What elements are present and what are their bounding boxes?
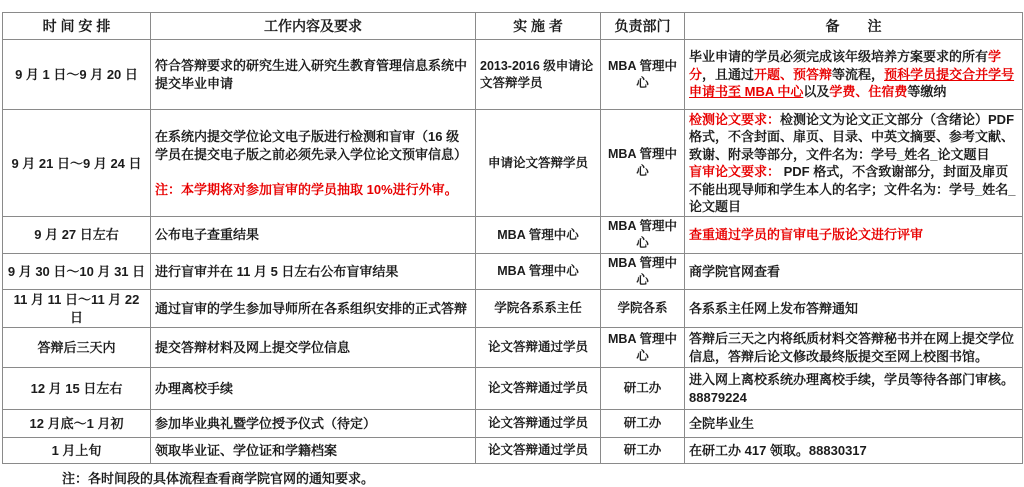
cell-time: 9 月 27 日左右 — [3, 217, 151, 254]
document-page: 时 间 安 排工作内容及要求实 施 者负责部门备 注 9 月 1 日～9 月 2… — [2, 12, 1022, 487]
cell-content: 通过盲审的学生参加导师所在各系组织安排的正式答辩 — [151, 290, 476, 328]
cell-implementer: MBA 管理中心 — [476, 253, 601, 290]
paragraph: 进入网上离校系统办理离校手续，学员等待各部门审核。 — [689, 371, 1018, 388]
column-header-time: 时 间 安 排 — [3, 13, 151, 40]
cell-time: 答辩后三天内 — [3, 328, 151, 368]
cell-implementer: 申请论文答辩学员 — [476, 110, 601, 217]
column-header-implementer: 实 施 者 — [476, 13, 601, 40]
table-row: 9 月 21 日～9 月 24 日在系统内提交学位论文电子版进行检测和盲审（16… — [3, 110, 1023, 217]
cell-time: 12 月 15 日左右 — [3, 368, 151, 410]
table-row: 12 月底～1 月初参加毕业典礼暨学位授予仪式（待定）论文答辩通过学员研工办全院… — [3, 410, 1023, 438]
column-header-remark: 备 注 — [685, 13, 1023, 40]
paragraph: 毕业申请的学员必须完成该年级培养方案要求的所有学分，且通过开题、预答辩等流程，预… — [689, 48, 1018, 100]
text-segment: 等缴纳 — [907, 84, 946, 99]
text-segment: 等流程， — [832, 67, 884, 82]
cell-department: 学院各系 — [601, 290, 685, 328]
cell-implementer: 论文答辩通过学员 — [476, 410, 601, 438]
cell-content: 领取毕业证、学位证和学籍档案 — [151, 438, 476, 464]
text-segment: ，且通过 — [702, 67, 754, 82]
cell-remark: 答辩后三天之内将纸质材料交答辩秘书并在网上提交学位信息，答辩后论文修改最终版提交… — [685, 328, 1023, 368]
cell-remark: 检测论文要求：检测论文为论文正文部分（含绪论）PDF 格式，不含封面、扉页、目录… — [685, 110, 1023, 217]
cell-content: 符合答辩要求的研究生进入研究生教育管理信息系统中提交毕业申请 — [151, 40, 476, 110]
cell-time: 1 月上旬 — [3, 438, 151, 464]
paragraph: 查重通过学员的盲审电子版论文进行评审 — [689, 226, 1018, 243]
table-row: 9 月 27 日左右公布电子查重结果MBA 管理中心MBA 管理中心查重通过学员… — [3, 217, 1023, 254]
cell-content: 进行盲审并在 11 月 5 日左右公布盲审结果 — [151, 253, 476, 290]
cell-time: 12 月底～1 月初 — [3, 410, 151, 438]
cell-department: 研工办 — [601, 368, 685, 410]
cell-remark: 商学院官网查看 — [685, 253, 1023, 290]
highlighted-text: 开题、预答辩 — [754, 67, 832, 82]
cell-content: 办理离校手续 — [151, 368, 476, 410]
cell-time: 9 月 30 日～10 月 31 日 — [3, 253, 151, 290]
text-segment: 进入网上离校系统办理离校手续，学员等待各部门审核。 — [689, 372, 1014, 387]
highlighted-text: 查重通过学员的盲审电子版论文进行评审 — [689, 227, 923, 242]
cell-implementer: 学院各系系主任 — [476, 290, 601, 328]
text-segment: 88879224 — [689, 390, 747, 405]
cell-remark: 在研工办 417 领取。88830317 — [685, 438, 1023, 464]
table-row: 1 月上旬领取毕业证、学位证和学籍档案论文答辩通过学员研工办在研工办 417 领… — [3, 438, 1023, 464]
footer-note: 注：各时间段的具体流程查看商学院官网的通知要求。 — [62, 468, 1022, 487]
text-segment: 在系统内提交学位论文电子版进行检测和盲审（16 级学员在提交电子版之前必须先录入… — [155, 129, 467, 161]
paragraph: 检测论文要求：检测论文为论文正文部分（含绪论）PDF 格式，不含封面、扉页、目录… — [689, 111, 1018, 163]
cell-implementer: MBA 管理中心 — [476, 217, 601, 254]
highlighted-text: 学费、住宿费 — [829, 84, 907, 99]
cell-content: 参加毕业典礼暨学位授予仪式（待定） — [151, 410, 476, 438]
cell-implementer: 论文答辩通过学员 — [476, 368, 601, 410]
table-header: 时 间 安 排工作内容及要求实 施 者负责部门备 注 — [3, 13, 1023, 40]
cell-content: 在系统内提交学位论文电子版进行检测和盲审（16 级学员在提交电子版之前必须先录入… — [151, 110, 476, 217]
schedule-table-body: 9 月 1 日～9 月 20 日符合答辩要求的研究生进入研究生教育管理信息系统中… — [3, 40, 1023, 464]
cell-implementer: 2013-2016 级申请论文答辩学员 — [476, 40, 601, 110]
paragraph: 注：本学期将对参加盲审的学员抽取 10%进行外审。 — [155, 181, 471, 198]
table-row: 9 月 30 日～10 月 31 日进行盲审并在 11 月 5 日左右公布盲审结… — [3, 253, 1023, 290]
text-segment: 以及 — [803, 84, 829, 99]
text-segment: 毕业申请的学员必须完成该年级培养方案要求的所有 — [689, 49, 988, 64]
cell-remark: 各系系主任网上发布答辩通知 — [685, 290, 1023, 328]
cell-department: MBA 管理中心 — [601, 328, 685, 368]
cell-remark: 全院毕业生 — [685, 410, 1023, 438]
cell-time: 9 月 21 日～9 月 24 日 — [3, 110, 151, 217]
schedule-table: 时 间 安 排工作内容及要求实 施 者负责部门备 注 9 月 1 日～9 月 2… — [2, 12, 1023, 464]
cell-department: MBA 管理中心 — [601, 40, 685, 110]
cell-time: 11 月 11 日～11 月 22 日 — [3, 290, 151, 328]
cell-remark: 毕业申请的学员必须完成该年级培养方案要求的所有学分，且通过开题、预答辩等流程，预… — [685, 40, 1023, 110]
highlighted-text: 检测论文要求： — [689, 112, 780, 127]
cell-implementer: 论文答辩通过学员 — [476, 438, 601, 464]
header-row: 时 间 安 排工作内容及要求实 施 者负责部门备 注 — [3, 13, 1023, 40]
column-header-department: 负责部门 — [601, 13, 685, 40]
column-header-content: 工作内容及要求 — [151, 13, 476, 40]
cell-time: 9 月 1 日～9 月 20 日 — [3, 40, 151, 110]
table-row: 12 月 15 日左右办理离校手续论文答辩通过学员研工办进入网上离校系统办理离校… — [3, 368, 1023, 410]
cell-content: 公布电子查重结果 — [151, 217, 476, 254]
cell-remark: 查重通过学员的盲审电子版论文进行评审 — [685, 217, 1023, 254]
table-row: 9 月 1 日～9 月 20 日符合答辩要求的研究生进入研究生教育管理信息系统中… — [3, 40, 1023, 110]
cell-content: 提交答辩材料及网上提交学位信息 — [151, 328, 476, 368]
paragraph: 在系统内提交学位论文电子版进行检测和盲审（16 级学员在提交电子版之前必须先录入… — [155, 128, 471, 163]
cell-department: MBA 管理中心 — [601, 110, 685, 217]
cell-department: 研工办 — [601, 410, 685, 438]
cell-implementer: 论文答辩通过学员 — [476, 328, 601, 368]
highlighted-text: 盲审论文要求： — [689, 164, 780, 179]
paragraph: 盲审论文要求： PDF 格式，不含致谢部分，封面及扉页不能出现导师和学生本人的名… — [689, 163, 1018, 215]
cell-department: MBA 管理中心 — [601, 253, 685, 290]
paragraph: 88879224 — [689, 389, 1018, 406]
table-row: 答辩后三天内提交答辩材料及网上提交学位信息论文答辩通过学员MBA 管理中心答辩后… — [3, 328, 1023, 368]
highlighted-text: 注：本学期将对参加盲审的学员抽取 10%进行外审。 — [155, 182, 458, 197]
cell-department: 研工办 — [601, 438, 685, 464]
cell-remark: 进入网上离校系统办理离校手续，学员等待各部门审核。88879224 — [685, 368, 1023, 410]
table-row: 11 月 11 日～11 月 22 日通过盲审的学生参加导师所在各系组织安排的正… — [3, 290, 1023, 328]
paragraph — [155, 163, 471, 180]
cell-department: MBA 管理中心 — [601, 217, 685, 254]
